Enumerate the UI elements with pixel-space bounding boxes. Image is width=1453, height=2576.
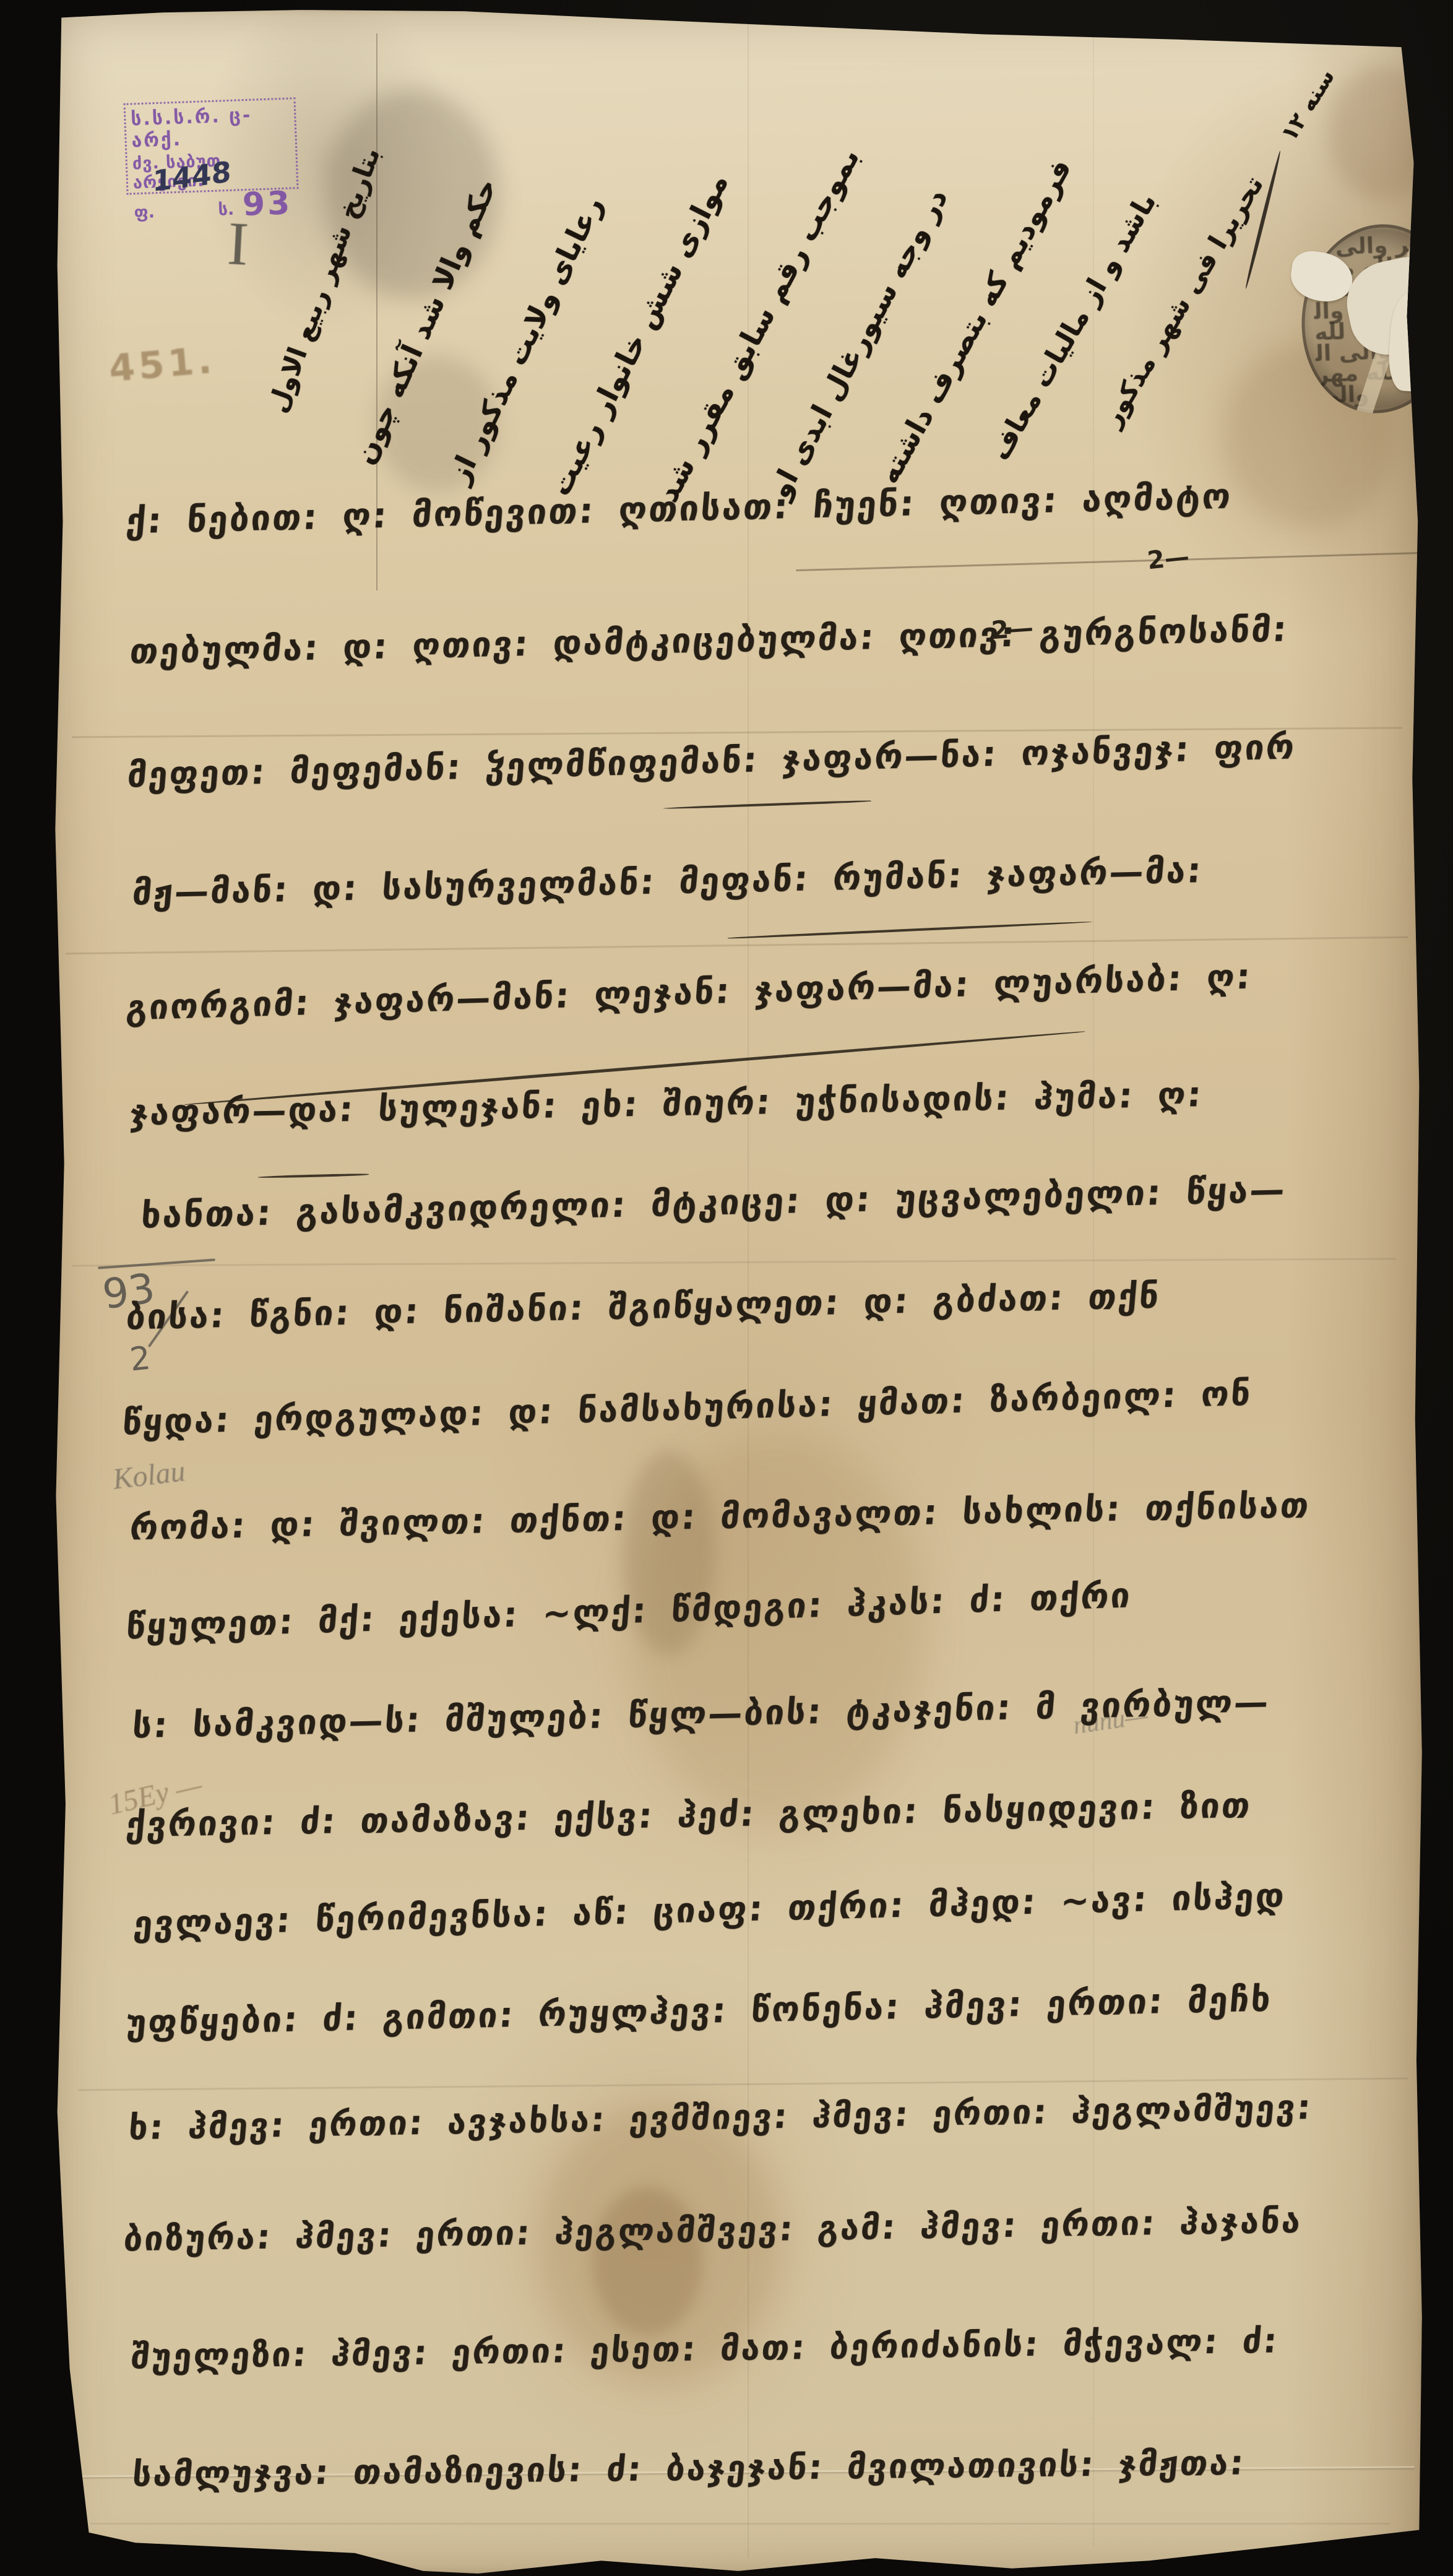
georgian-line-11: წყულეთ: მქ: ექესა: ~ლქ: წმდეგი: ჰკას: ძ:… <box>125 1575 1133 1646</box>
persian-line-5: بموجب رقم سابق مقرر شد <box>651 142 866 508</box>
fold-crease <box>72 1258 1396 1266</box>
fraction-denominator: 2 <box>128 1339 152 1378</box>
pencil-note-left: Kolau <box>111 1454 187 1497</box>
georgian-line-5: გიორგიმ: ჯაფარ—მან: ლეჯან: ჯაფარ—მა: ლუა… <box>125 956 1254 1027</box>
fraction-bar <box>98 1258 215 1269</box>
fold-crease <box>796 552 1421 571</box>
fold-crease <box>90 2523 1390 2525</box>
georgian-line-4: მჟ—მან: დ: სასურველმან: მეფან: რუმან: ჯა… <box>131 850 1204 912</box>
georgian-line-7: ხანთა: გასამკვიდრელი: მტკიცე: დ: უცვალებ… <box>139 1170 1288 1236</box>
ink-strike <box>728 920 1093 940</box>
persian-line-7: فرموديم كه بتصرف داشته <box>871 153 1077 490</box>
ink-strike <box>257 1173 369 1178</box>
georgian-line-19: სამლუჯვა: თამაზიევის: ძ: ბაჯეჯან: მვილათ… <box>131 2443 1247 2494</box>
georgian-line-10: რომა: დ: შვილთ: თქნთ: დ: მომავალთ: სახლი… <box>128 1485 1312 1547</box>
georgian-line-16: ხ: ჰმევ: ერთი: ავჯახსა: ევმშიევ: ჰმევ: ე… <box>127 2088 1314 2147</box>
fold-crease <box>66 936 1408 955</box>
stain <box>1328 64 1439 201</box>
georgian-line-15: უფწყები: ძ: გიმთი: რუყლჰევ: წონენა: ჰმევ… <box>124 1979 1274 2042</box>
manuscript-paper: بتاريخ شهر ربيع الاولحكم والا شد آنكه چو… <box>53 9 1423 2574</box>
old-number-mark: 451. <box>107 339 217 391</box>
georgian-line-2: თებულმა: დ: ღთივ: დამტკიცებულმა: ღთივ: გ… <box>128 609 1290 671</box>
archive-stamp-line1: ს.ს.ს.რ. ც-არქ. <box>131 103 290 152</box>
georgian-line-13: ქვრივი: ძ: თამაზავ: ექსვ: ჰეძ: გლეხი: ნა… <box>124 1785 1253 1844</box>
georgian-line-14: ევლაევ: წერიმევნსა: აწ: ციაფ: თქრი: მჰედ… <box>132 1875 1287 1943</box>
scan-background: { "document_kind": "scanned archival man… <box>0 0 1453 2576</box>
ink-strike <box>663 800 871 810</box>
georgian-line-3: მეფეთ: მეფემან: ჴელმწიფემან: ჯაფარ—ნა: ო… <box>126 727 1297 795</box>
roman-numeral-mark: I <box>226 207 250 280</box>
stain <box>629 1432 926 1828</box>
insertion-mark: 2— <box>1146 543 1191 576</box>
ink-stroke <box>1244 150 1282 290</box>
georgian-line-6: ჯაფარ—და: სულეჯან: ეხ: შიურ: უჭნისადის: … <box>128 1074 1204 1133</box>
georgian-line-8: ბისა: წგნი: დ: ნიშანი: შგიწყალეთ: დ: გბძ… <box>124 1276 1162 1337</box>
archive-stamp-fond-prefix: ფ. <box>134 202 155 222</box>
georgian-line-17: ბიზურა: ჰმევ: ერთი: ჰეგლამშვევ: გამ: ჰმე… <box>122 2201 1304 2258</box>
stain <box>592 2187 703 2336</box>
persian-line-10: سنه ۱۲ <box>1277 65 1340 146</box>
georgian-line-18: შუელეზი: ჰმევ: ერთი: ესეთ: მათ: ბერიძანი… <box>129 2321 1280 2376</box>
georgian-line-9: წყდა: ერდგულად: დ: ნამსახურისა: ყმათ: ზა… <box>121 1373 1253 1442</box>
